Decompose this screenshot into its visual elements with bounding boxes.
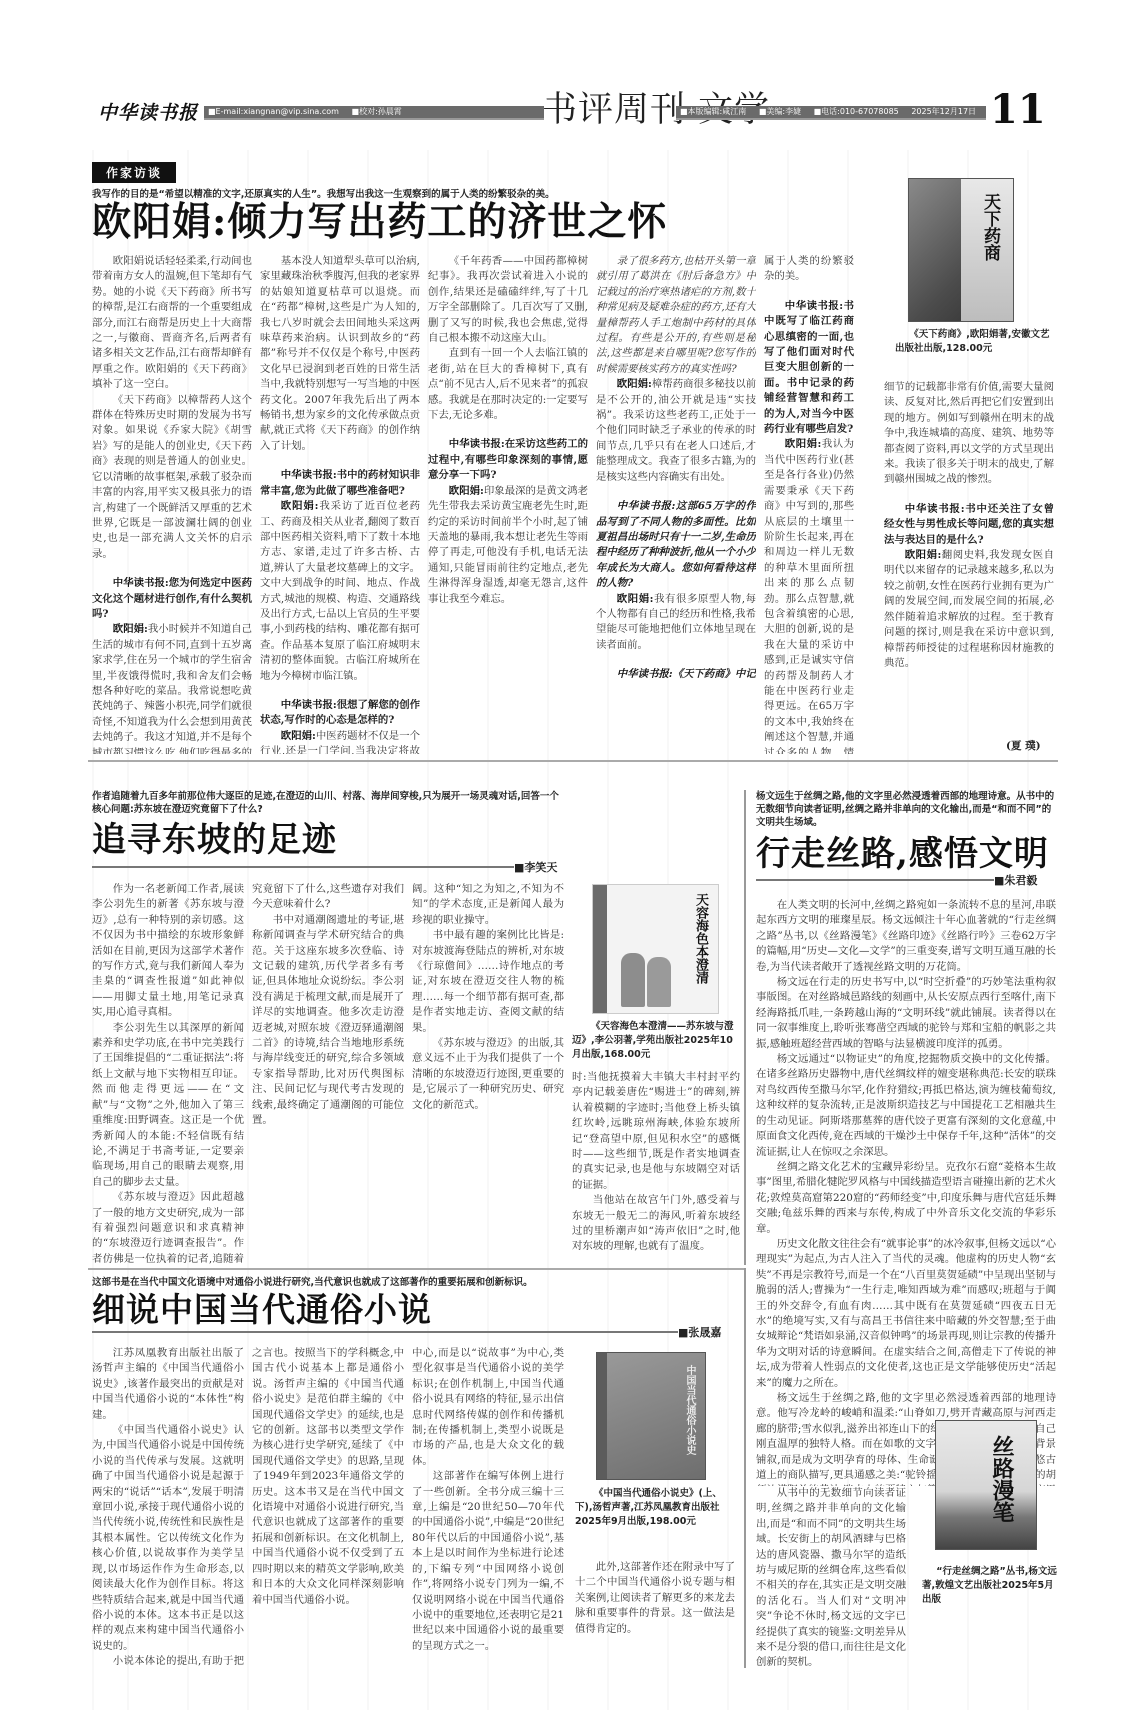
question: 中华读书报:书中既写了临江药商心思缜密的一面,也写了他们面对时代巨变大胆创新的一… — [764, 299, 854, 438]
book-caption: 《天容海色本澄清——苏东坡与澄迈》,李公羽著,学苑出版社2025年10月出版,1… — [572, 1020, 742, 1062]
paragraph: 杨文远在行走的历史书写中,以“时空折叠”的巧妙笔法重构叙事版图。在对丝路城邑路线… — [756, 975, 1056, 1052]
question: 中华读书报:书中的药材知识非常丰富,您为此做了哪些准备吧? — [260, 468, 420, 499]
book-caption: 《中国当代通俗小说史》(上、下),汤哲声著,江苏凤凰教育出版社2025年9月出版… — [575, 1487, 735, 1529]
answer: 欧阳娟:樟帮药商很多秘技以前是不公开的,油公开就是违“实技祸”。我采访这些老药工… — [596, 377, 756, 485]
paragraph: 细节的记载都非常有价值,需要大量阅读、反复对比,然后再把它们安置到出现的地方。例… — [884, 380, 1054, 488]
article4-dek: 这部书是在当代中国文化语境中对通俗小说进行研究,当代意识也就成了这部著作的重要拓… — [92, 1276, 742, 1289]
paragraph: 在人类文明的长河中,丝绸之路宛如一条流转不息的星河,串联起东西方文明的璀璨星辰。… — [756, 898, 1056, 975]
answer: 欧阳娟:我小时候并不知道自己生活的城市有何不同,直到十五岁离家求学,住在另一个城… — [92, 622, 252, 754]
byline-rule — [92, 866, 514, 868]
book-cover-popular-fiction-history: 中国当代通俗小说史 — [596, 1352, 706, 1480]
paragraph: 《中国当代通俗小说史》认为,中国当代通俗小说是中国传统小说的当代传承与发展。这就… — [92, 1423, 244, 1654]
article2-column-4: 时:当他抚摸着大丰镇大丰村封平约亭内记载姜唐佐“赐进士”的碑刻,辨认着模糊的字迹… — [572, 1070, 740, 1268]
byline-rule — [92, 1331, 678, 1333]
article1-column-3: 《千年药香——中国药都樟树纪事》。我再次尝试着进入小说的创作,结果还是磕磕绊绊,… — [428, 254, 588, 754]
question: 中华读书报:书中还关注了女曾经女性与男性成长等问题,您的真实想法与表达目的是什么… — [884, 502, 1054, 548]
article4-column-3: 中心,而是以“说故事”为中心,类型化叙事是当代通俗小说的美学标识;在创作机制上,… — [412, 1346, 564, 1666]
issue-date: 2025年12月17日 — [911, 107, 976, 116]
answer: 欧阳娟:我认为当代中医药行业(甚至是各行各业)仍然需要秉承《天下药商》中写到的,… — [764, 437, 854, 754]
article1-column-2: 基本没人知道犁头草可以治病,家里藏珠治秋季腹泻,但我的老家界的姑娘知道夏枯草可以… — [260, 254, 420, 754]
article2-column-3: 阔。这种“知之为知之,不知为不知”的学术态度,正是新闻人最为珍视的职业操守。 书… — [412, 882, 564, 1268]
paragraph: 阔。这种“知之为知之,不知为不知”的学术态度,正是新闻人最为珍视的职业操守。 — [412, 882, 564, 928]
answer: 欧阳娟:印象最深的是黄文鸿老先生带我去采访黄宝鹿老先生时,距约定的采访时间前半个… — [428, 484, 588, 607]
editor: ■本版编辑:咸江南 — [680, 107, 746, 116]
email-contact: ■E-mail:xiangnan@vip.sina.com — [208, 107, 339, 116]
question: 中华读书报:《天下药商》中记 — [596, 667, 756, 682]
article3-body-wide: 在人类文明的长河中,丝绸之路宛如一条流转不息的星河,串联起东西方文明的璀璨星辰。… — [756, 898, 1056, 1486]
column-divider — [744, 790, 746, 1265]
paragraph: 书中对通潮阁遗址的考证,堪称新闻调查与学术研究结合的典范。关于这座东坡多次登临、… — [252, 913, 404, 1129]
paragraph: 欧阳娟说话轻轻柔柔,行动间也带着南方女人的温婉,但下笔却有气势。她的小说《天下药… — [92, 254, 252, 393]
question: 中华读书报:很想了解您的创作状态,写作时的心态是怎样的? — [260, 698, 420, 729]
question: 中华读书报:在采访这些药工的过程中,有哪些印象深刻的事情,愿意分享一下吗? — [428, 437, 588, 483]
article1-column-6: 细节的记载都非常有价值,需要大量阅读、反复对比,然后再把它们安置到出现的地方。例… — [884, 380, 1054, 754]
book-cover-tianxia-yaoshang: 天下药商 — [908, 178, 1014, 322]
paragraph: 基本没人知道犁头草可以治病,家里藏珠治秋季腹泻,但我的老家界的姑娘知道夏枯草可以… — [260, 254, 420, 454]
paragraph: 从书中的无数细节向读者证明,丝绸之路并非单向的文化输出,而是“和而不同”的文明共… — [756, 1486, 906, 1666]
book-caption: 《天下药商》,欧阳娟著,安徽文艺出版社出版,128.00元 — [895, 328, 1055, 356]
article3-byline: ■朱君毅 — [994, 872, 1037, 888]
paragraph: 历史文化散文往往会有“就事论事”的冰冷叙事,但杨文远以“心理现实”为起点,为古人… — [756, 1237, 1056, 1391]
paragraph: 小说本体论的提出,有助于把握当代通俗小说的发展规律,也是对“通俗”概念的重新认识… — [92, 1654, 244, 1666]
article3-headline: 行走丝路,感悟文明 — [756, 834, 1049, 874]
article4-column-2: 之言也。按照当下的学科概念,中国古代小说基本上都是通俗小说。汤哲声主编的《中国当… — [252, 1346, 404, 1666]
article2-headline: 追寻东坡的足迹 — [92, 820, 337, 860]
article1-column-5: 属于人类的纷繁驳杂的美。 中华读书报:书中既写了临江药商心思缜密的一面,也写了他… — [764, 254, 854, 754]
question: 中华读书报:这部65万字的作品写到了不同人物的多面性。比如夏祖昌出场时只有十一二… — [596, 499, 756, 591]
article4-byline: ■张晟嘉 — [678, 1324, 721, 1340]
paragraph: 《天下药商》以樟帮药人这个群体在特殊历史时期的发展为书写对象。如果说《乔家大院》… — [92, 393, 252, 562]
paragraph: 这部著作在编写体例上进行了一些创新。全书分成三编十三章,上编是“20世纪50—7… — [412, 1469, 564, 1654]
paragraph: 之言也。按照当下的学科概念,中国古代小说基本上都是通俗小说。汤哲声主编的《中国当… — [252, 1346, 404, 1608]
answer: 欧阳娟:我采访了近百位老药工、药商及相关从业者,翻阅了数百部中医药相关资料,啃下… — [260, 499, 420, 684]
paragraph: 中心,而是以“说故事”为中心,类型化叙事是当代通俗小说的美学标识;在创作机制上,… — [412, 1346, 564, 1469]
article-credit: (夏 璞) — [1006, 738, 1041, 753]
paragraph: 《苏东坡与澄迈》的出版,其意义远不止于为我们提供了一个清晰的东坡澄迈行迹图,更重… — [412, 1036, 564, 1113]
byline-rule — [756, 879, 994, 881]
book-cover-silu-manbi: 丝路漫笔 — [935, 1420, 1037, 1550]
article4-headline: 细说中国当代通俗小说 — [92, 1290, 432, 1330]
paragraph: 属于人类的纷繁驳杂的美。 — [764, 254, 854, 285]
article4-column-4: 此外,这部著作还在附录中写了十二个中国当代通俗小说专题与相关案例,让阅读者了解更… — [575, 1560, 735, 1666]
masthead-info-bar-right: ■本版编辑:咸江南 ■美编:李婕 ■电话:010-67078085 2025年1… — [676, 106, 986, 120]
book-caption: “行走丝绸之路”丛书,杨文远著,敦煌文艺出版社2025年5月出版 — [922, 1565, 1057, 1607]
article1-column-4: 录了很多药方,也枯开头第一章就引用了葛洪在《肘后备急方》中记载过的治疗寒热诸疟的… — [596, 254, 756, 754]
paragraph: 此外,这部著作还在附录中写了十二个中国当代通俗小说专题与相关案例,让阅读者了解更… — [575, 1560, 735, 1637]
article2-column-1: 作为一名老新闻工作者,展读李公羽先生的新著《苏东坡与澄迈》,总有一种特别的亲切感… — [92, 882, 244, 1268]
paragraph: 直到有一回一个人去临江镇的老街,站在巨大的香樟树下,真有点“前不见古人,后不见来… — [428, 346, 588, 423]
paragraph: 丝绸之路文化艺术的宝藏异彩纷呈。克孜尔石窟“菱格本生故事”图里,希腊化犍陀罗风格… — [756, 1160, 1056, 1237]
article2-dek: 作者追随着九百多年前那位伟大逐臣的足迹,在澄迈的山川、村落、海岸间穿梭,只为展开… — [92, 790, 562, 816]
paragraph: 录了很多药方,也枯开头第一章就引用了葛洪在《肘后备急方》中记载过的治疗寒热诸疟的… — [596, 254, 756, 377]
paragraph: 江苏凤凰教育出版社出版了汤哲声主编的《中国当代通俗小说史》,该著作最突出的贡献是… — [92, 1346, 244, 1423]
answer: 欧阳娟:翻阅史料,我发现女医自明代以来留存的记录越来越多,私以为较之前朝,女性在… — [884, 548, 1054, 671]
column-tag: 作家访谈 — [92, 162, 176, 183]
designer: ■美编:李婕 — [759, 107, 801, 116]
paragraph: 究竟留下了什么,这些遗存对我们今天意味着什么? — [252, 882, 404, 913]
paragraph: 《千年药香——中国药都樟树纪事》。我再次尝试着进入小说的创作,结果还是磕磕绊绊,… — [428, 254, 588, 346]
article2-column-2: 究竟留下了什么,这些遗存对我们今天意味着什么? 书中对通潮阁遗址的考证,堪称新闻… — [252, 882, 404, 1268]
column-divider — [744, 1268, 746, 1668]
paragraph: 杨文远通过“以物证史”的角度,挖掘物质交换中的文化传播。在诸多丝路历史器物中,唐… — [756, 1052, 1056, 1160]
article4-column-1: 江苏凤凰教育出版社出版了汤哲声主编的《中国当代通俗小说史》,该著作最突出的贡献是… — [92, 1346, 244, 1666]
paragraph: 时:当他抚摸着大丰镇大丰村封平约亭内记载姜唐佐“赐进士”的碑刻,辨认着模糊的字迹… — [572, 1070, 740, 1193]
book-cover-tianrong-haise: 天容海色本澄清 — [592, 884, 719, 1014]
article2-byline: ■李笑天 — [514, 859, 557, 875]
page-number: 11 — [990, 88, 1046, 132]
article3-body-narrow: 从书中的无数细节向读者证明,丝绸之路并非单向的文化输出,而是“和而不同”的文明共… — [756, 1486, 906, 1666]
newspaper-logo: 中华读书报 — [98, 98, 198, 125]
paragraph: 《苏东坡与澄迈》因此超越了一般的地方文史研究,成为一部有着强烈问题意识和求真精神… — [92, 1190, 244, 1268]
answer: 欧阳娟:我有很多原型人物,每个人物都有自己的经历和性格,我希望能尽可能地把他们立… — [596, 592, 756, 654]
masthead-info-bar-left: ■E-mail:xiangnan@vip.sina.com ■校对:孙晨霄 — [204, 106, 544, 120]
article3-dek: 杨文远生于丝绸之路,他的文字里必然浸透着西部的地理诗意。从书中的无数细节向读者证… — [756, 790, 1056, 829]
answer: 欧阳娟:中医药题材不仅是一个行业,还是一门学问,当我决定将故事背景放在明末清初时… — [260, 729, 420, 754]
phone: ■电话:010-67078085 — [814, 107, 899, 116]
paragraph: 书中最有趣的案例比比皆是:对东坡渡海登陆点的辨析,对东坡《行琼儋间》……诗作地点… — [412, 928, 564, 1036]
section-divider — [88, 1268, 744, 1270]
section-divider — [88, 760, 1058, 762]
question: 中华读书报:您为何选定中医药文化这个题材进行创作,有什么契机吗? — [92, 576, 252, 622]
paragraph: 当他站在故宫午门外,感受着与东坡无一般无二的海风,听着东坡经过的里桥潮声如“涛声… — [572, 1193, 740, 1255]
paragraph: 作为一名老新闻工作者,展读李公羽先生的新著《苏东坡与澄迈》,总有一种特别的亲切感… — [92, 882, 244, 1021]
paragraph: 李公羽先生以其深厚的新闻素养和史学功底,在书中完美践行了王国维提倡的“二重证据法… — [92, 1021, 244, 1190]
proofreader: ■校对:孙晨霄 — [352, 107, 402, 116]
article1-column-1: 欧阳娟说话轻轻柔柔,行动间也带着南方女人的温婉,但下笔却有气势。她的小说《天下药… — [92, 254, 252, 754]
article1-headline: 欧阳娟:倾力写出药工的济世之怀 — [92, 200, 667, 244]
